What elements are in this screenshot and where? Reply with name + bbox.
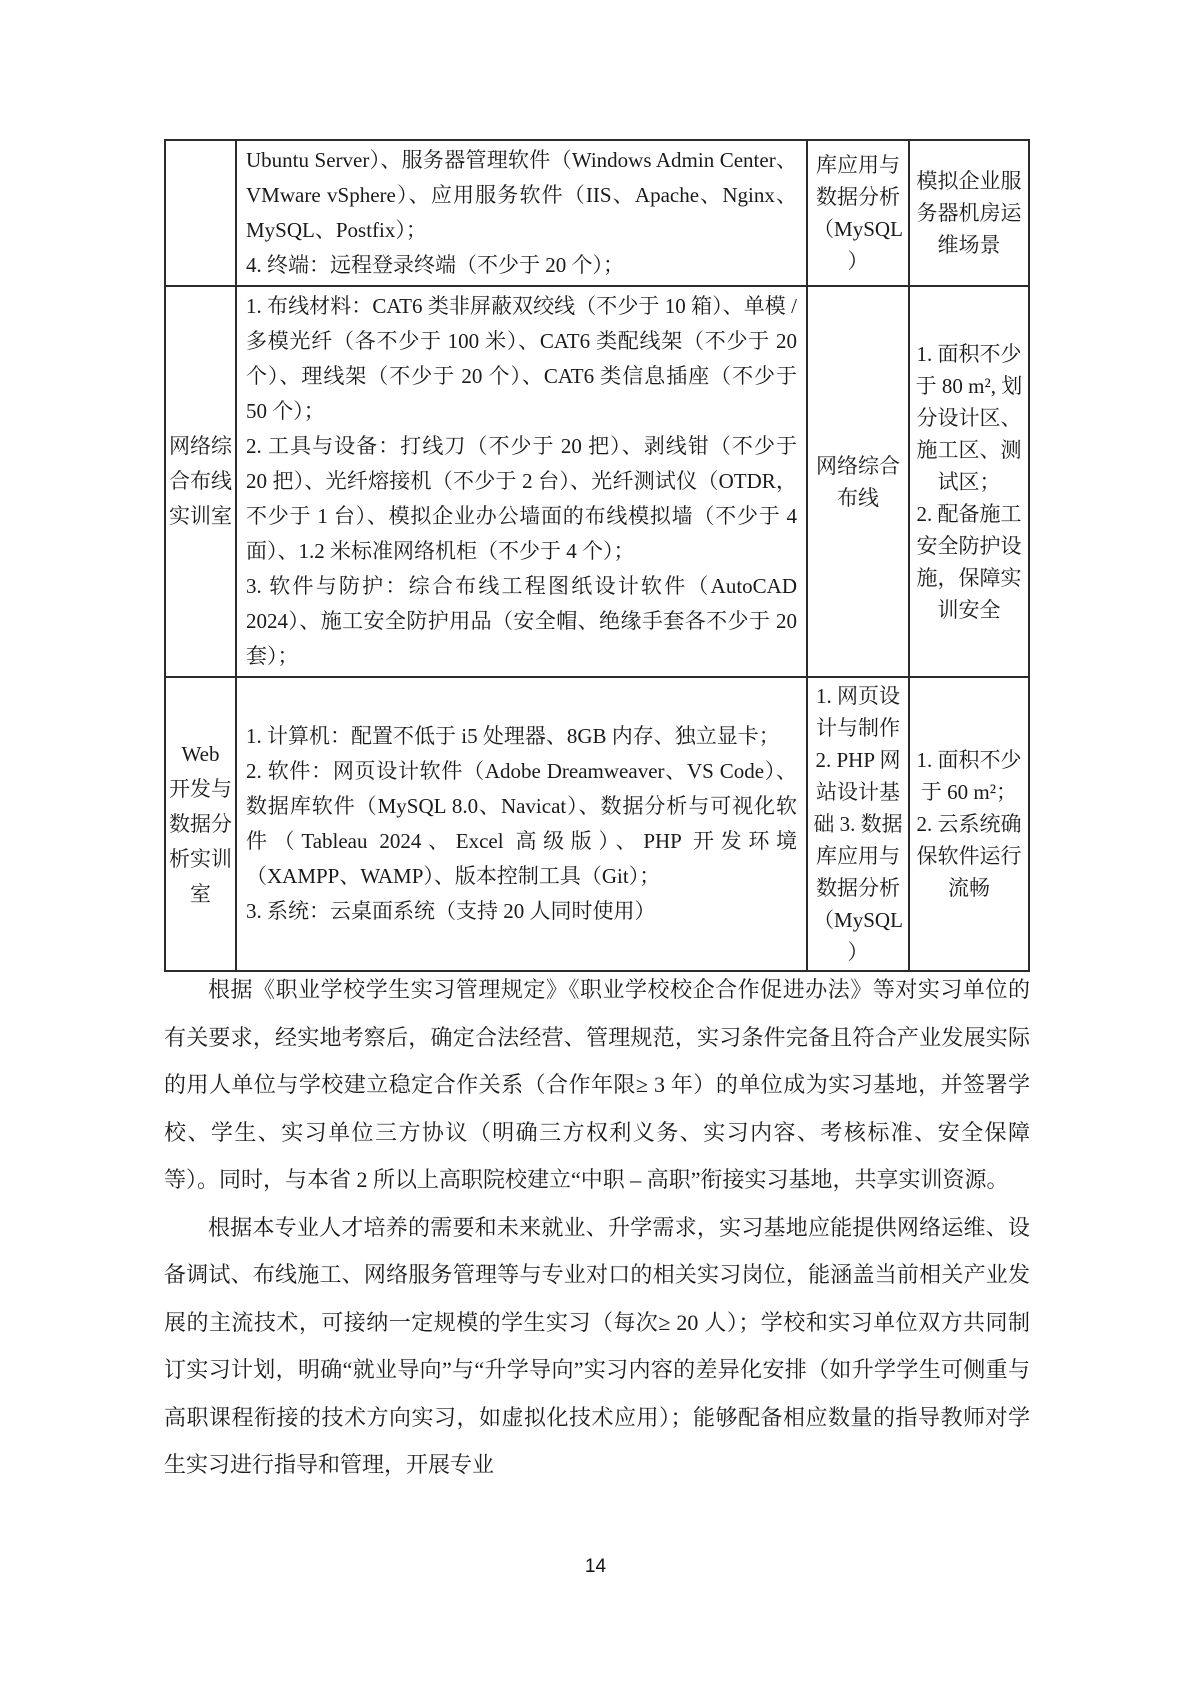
facility-table: Ubuntu Server）、服务器管理软件（Windows Admin Cen… xyxy=(164,139,1030,972)
supported-courses-cell: 1. 网页设计与制作 2. PHP 网站设计基础 3. 数据库应用与数据分析（M… xyxy=(807,677,909,971)
table-row-server-room-continued: Ubuntu Server）、服务器管理软件（Windows Admin Cen… xyxy=(165,140,1029,286)
paragraph-internship-base: 根据《职业学校学生实习管理规定》《职业学校校企合作促进办法》等对实习单位的有关要… xyxy=(164,966,1030,1204)
requirement-note-cell: 模拟企业服务器机房运维场景 xyxy=(909,140,1029,286)
body-text: 根据《职业学校学生实习管理规定》《职业学校校企合作促进办法》等对实习单位的有关要… xyxy=(164,966,1030,1489)
room-name-cell: Web 开发与数据分析实训室 xyxy=(165,677,236,971)
requirement-note-cell: 1. 面积不少于 80 m², 划分设计区、施工区、测试区； 2. 配备施工安全… xyxy=(909,286,1029,677)
paragraph-internship-positions: 根据本专业人才培养的需要和未来就业、升学需求，实习基地应能提供网络运维、设备调试… xyxy=(164,1204,1030,1489)
room-name-cell xyxy=(165,140,236,286)
equipment-cell: 1. 布线材料：CAT6 类非屏蔽双绞线（不少于 10 箱）、单模 / 多模光纤… xyxy=(236,286,807,677)
supported-courses-cell: 网络综合布线 xyxy=(807,286,909,677)
document-page: Ubuntu Server）、服务器管理软件（Windows Admin Cen… xyxy=(0,0,1191,1684)
equipment-cell: 1. 计算机：配置不低于 i5 处理器、8GB 内存、独立显卡； 2. 软件：网… xyxy=(236,677,807,971)
table-row-cabling-lab: 网络综合布线实训室 1. 布线材料：CAT6 类非屏蔽双绞线（不少于 10 箱）… xyxy=(165,286,1029,677)
table-row-web-dev-lab: Web 开发与数据分析实训室 1. 计算机：配置不低于 i5 处理器、8GB 内… xyxy=(165,677,1029,971)
requirement-note-cell: 1. 面积不少于 60 m²； 2. 云系统确保软件运行流畅 xyxy=(909,677,1029,971)
equipment-cell: Ubuntu Server）、服务器管理软件（Windows Admin Cen… xyxy=(236,140,807,286)
supported-courses-cell: 库应用与数据分析（MySQL） xyxy=(807,140,909,286)
room-name-cell: 网络综合布线实训室 xyxy=(165,286,236,677)
page-number: 14 xyxy=(0,1556,1191,1578)
